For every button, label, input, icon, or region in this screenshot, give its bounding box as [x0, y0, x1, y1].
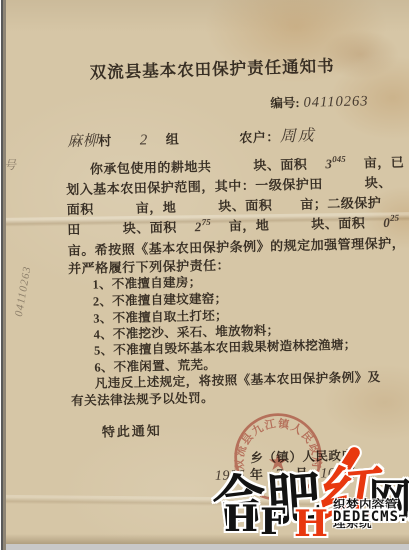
group-number-handwritten: 2	[140, 132, 148, 148]
party-line: 麻柳村2组农户：周成	[67, 123, 316, 152]
scanned-document-photo: 双流县基本农田保护责任通知书 编号: 04110263 麻柳村2组农户：周成 你…	[0, 0, 409, 550]
serial-number-line: 编号: 04110263	[270, 91, 369, 112]
document-content: 双流县基本农田保护责任通知书 编号: 04110263 麻柳村2组农户：周成 你…	[0, 0, 409, 548]
star-icon: ★	[267, 450, 288, 476]
document-title: 双流县基本农田保护责任通知书	[89, 52, 335, 83]
official-seal-stamp: 双流县九江镇人民政府 ★	[232, 411, 324, 503]
tier2-land-area-handwritten: 025	[383, 215, 399, 230]
serial-number-handwritten: 04110263	[303, 93, 368, 110]
village-name-handwritten: 麻柳	[67, 133, 98, 150]
tier2-field-area-handwritten: 275	[195, 219, 211, 234]
notice-line: 特此通知	[102, 420, 162, 440]
scan-edge	[0, 0, 6, 550]
closing-line-2: 有关法律法规予以处罚。	[71, 388, 214, 409]
day-label: 日	[343, 465, 357, 480]
group-label: 组	[166, 132, 180, 147]
village-label: 村	[98, 133, 112, 148]
farmer-label: 农户：	[239, 129, 280, 145]
serial-label: 编号:	[270, 96, 299, 111]
paper-sheet: 双流县基本农田保护责任通知书 编号: 04110263 麻柳村2组农户：周成 你…	[5, 0, 409, 544]
total-area-handwritten: 3045	[325, 156, 346, 171]
farmer-name-handwritten: 周成	[280, 128, 316, 146]
